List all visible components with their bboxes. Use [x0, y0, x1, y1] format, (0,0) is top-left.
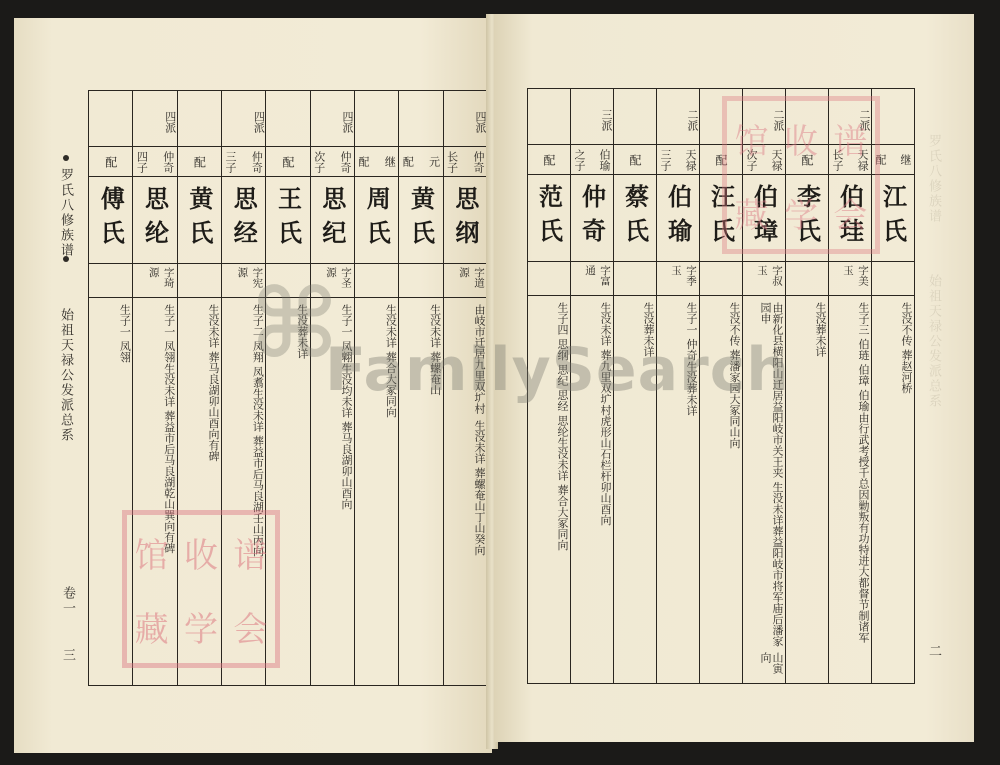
courtesy-name [528, 262, 570, 296]
generation-cell [178, 91, 221, 147]
familysearch-logo-icon: ⌘ [250, 268, 330, 398]
section-title: 始祖天禄公发派总系 [56, 308, 75, 443]
bullet-dot-icon [63, 256, 69, 262]
biography-note: 生子三 伯琏 伯璋 伯瑜由行武考授千总因勦叛有功特进大都督节制诸军 [829, 296, 871, 683]
courtesy-name [700, 262, 742, 296]
generation-cell: 四派 [133, 91, 176, 147]
relation-cell: 四子仲奇 [133, 147, 176, 177]
generation-cell [614, 89, 656, 145]
courtesy-name: 字美玉 [829, 262, 871, 296]
generation-cell: 三派 [571, 89, 613, 145]
courtesy-name [89, 264, 132, 298]
biography-note: 生没不传 葬赵河桥 [872, 296, 914, 683]
biography-note: 生没葬未详 [786, 296, 828, 683]
generation-cell [355, 91, 398, 147]
relation-cell: 长子仲奇 [444, 147, 487, 177]
volume-label: 卷一 [58, 586, 77, 616]
courtesy-name [614, 262, 656, 296]
familysearch-watermark: FamilySearch [325, 335, 790, 405]
relation-cell: 之子伯瑜 [571, 145, 613, 175]
generation-cell [399, 91, 442, 147]
relation-cell: 配 [614, 145, 656, 175]
book-title: 罗氏八修族谱 [56, 168, 75, 258]
courtesy-name [399, 264, 442, 298]
person-name: 黄氏 [399, 177, 442, 264]
courtesy-name: 字道源 [444, 264, 487, 298]
person-name: 伯瑜 [657, 175, 699, 262]
person-name: 思纲 [444, 177, 487, 264]
bullet-dot-icon [63, 155, 69, 161]
book-title-ghost: 罗氏八修族谱 [924, 134, 943, 224]
person-name: 蔡氏 [614, 175, 656, 262]
person-name: 周氏 [355, 177, 398, 264]
relation-cell: 三子天禄 [657, 145, 699, 175]
person-name: 仲奇 [571, 175, 613, 262]
section-title-ghost: 始祖天禄公发派总系 [924, 274, 943, 409]
person-name: 思经 [222, 177, 265, 264]
relation-cell: 三子仲奇 [222, 147, 265, 177]
generation-cell: 四派 [311, 91, 354, 147]
courtesy-name [872, 262, 914, 296]
relation-cell: 配元 [399, 147, 442, 177]
relation-cell: 配 [266, 147, 309, 177]
generation-cell [89, 91, 132, 147]
person-name: 思纪 [311, 177, 354, 264]
page-number: 二 [924, 644, 943, 659]
generation-cell [266, 91, 309, 147]
courtesy-name: 字富通 [571, 262, 613, 296]
relation-cell: 配 [89, 147, 132, 177]
generation-cell [528, 89, 570, 145]
collection-seal-stamp: 馆收谱 藏学会 [122, 510, 280, 668]
person-name: 思纶 [133, 177, 176, 264]
collection-seal-stamp: 馆收谱 藏学会 [722, 96, 880, 254]
generation-cell: 二派 [657, 89, 699, 145]
relation-cell: 配 [528, 145, 570, 175]
courtesy-name: 字季玉 [657, 262, 699, 296]
courtesy-name [355, 264, 398, 298]
person-name: 范氏 [528, 175, 570, 262]
generation-cell: 四派 [222, 91, 265, 147]
relation-cell: 配继 [355, 147, 398, 177]
courtesy-name [786, 262, 828, 296]
person-name: 傅氏 [89, 177, 132, 264]
generation-cell: 四派 [444, 91, 487, 147]
relation-cell: 配 [178, 147, 221, 177]
relation-cell: 次子仲奇 [311, 147, 354, 177]
page-number: 三 [58, 648, 77, 663]
courtesy-name: 字琦源 [133, 264, 176, 298]
courtesy-name: 字叔玉 [743, 262, 785, 296]
person-name: 黄氏 [178, 177, 221, 264]
person-name: 王氏 [266, 177, 309, 264]
courtesy-name [178, 264, 221, 298]
